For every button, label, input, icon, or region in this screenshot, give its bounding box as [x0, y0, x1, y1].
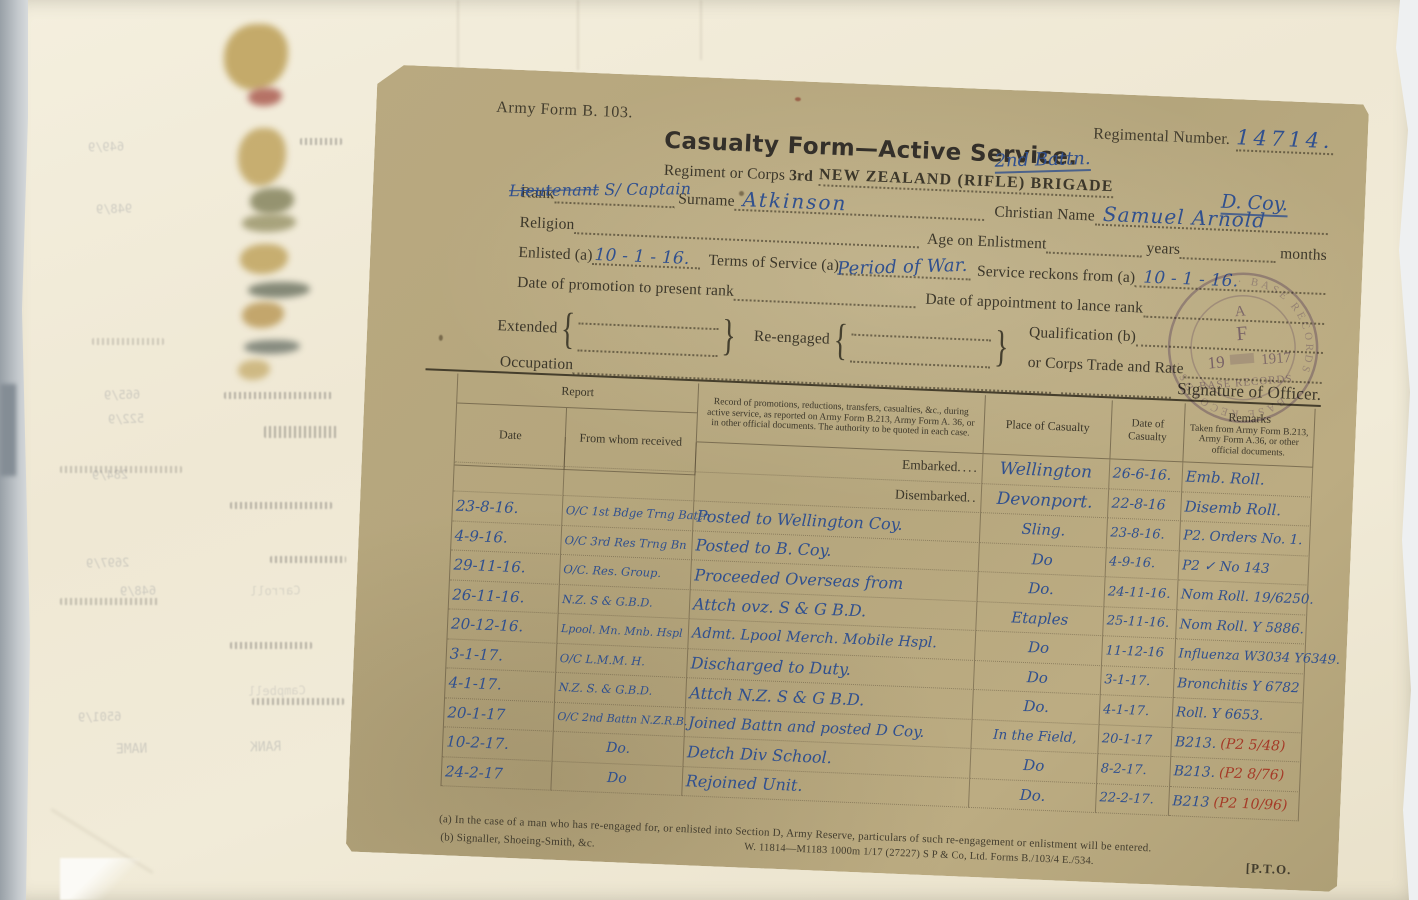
cell-cas-date: 8-2-17.: [1097, 754, 1171, 786]
terms-label: Terms of Service (a): [708, 252, 839, 275]
from-value: Do: [607, 770, 627, 787]
record-value: Proceeded Overseas from: [694, 565, 904, 593]
stain-blob: [224, 24, 288, 90]
cas-date-value: 3-1-17.: [1104, 673, 1151, 690]
reengaged-field-1: [851, 319, 992, 342]
ink-smudge: [270, 556, 346, 563]
stain-blob: [248, 88, 282, 106]
extended-fields: [578, 307, 720, 357]
stain-blob: [242, 214, 296, 232]
remarks-value: B213.: [1175, 734, 1217, 752]
cas-date-value: 22-8-16: [1111, 495, 1166, 513]
age-label: Age on Enlistment: [927, 231, 1047, 254]
place-value: Do: [1027, 668, 1049, 687]
record-value: Detch Div School.: [687, 742, 833, 767]
enlisted-field: 10 - 1 - 16.: [592, 248, 701, 269]
cell-date: 20-1-17: [444, 698, 555, 732]
from-value: O/C 1st Bdge Trng Battn: [566, 503, 711, 523]
cell-date: 26-11-16.: [449, 580, 560, 614]
ink-smudge: [230, 642, 312, 649]
bleedthrough-text: NAME: [116, 742, 148, 758]
remarks-value: Influenza W3034 Y6349.: [1178, 646, 1340, 668]
place-value: Do: [1031, 550, 1053, 569]
date-value: 20-12-16.: [451, 615, 524, 636]
casualty-form: Army Form B. 103. Regimental Number. 147…: [346, 64, 1369, 892]
remarks-value: P2 ✓ No 143: [1182, 557, 1270, 577]
reengaged-label: Re-engaged: [754, 328, 831, 349]
cell-cas-date: 23-8-16.: [1107, 518, 1181, 550]
record-value: Discharged to Duty.: [690, 654, 851, 680]
form-number: Army Form B. 103.: [496, 99, 633, 123]
remarks-red-value: (P2 10/96): [1213, 795, 1288, 814]
record-value: Admt. Lpool Merch. Mobile Hspl.: [692, 626, 938, 652]
rank-value: S/ Captain: [604, 179, 691, 199]
record-value: Posted to B. Coy.: [695, 536, 832, 561]
cell-date: 24-2-17: [441, 757, 552, 791]
place-value: Do: [1028, 638, 1050, 657]
ink-smudge: [264, 426, 338, 438]
religion-field: [574, 217, 919, 248]
remarks-value: B213: [1172, 793, 1210, 811]
extended-field-2: [578, 334, 719, 357]
christian-name-field: Samuel Arnold: [1095, 209, 1329, 236]
religion-label: Religion: [519, 214, 575, 234]
place-value: Etaples: [1011, 608, 1069, 628]
cell-date: [454, 462, 565, 496]
stain-blob: [248, 282, 310, 298]
scanner-edge-shadow: [0, 384, 16, 476]
promotion-field: [734, 284, 916, 308]
cell-cas-date: 26-6-16.: [1109, 459, 1183, 491]
brace-open: {: [560, 309, 575, 349]
cell-remarks: B213(P2 10/96): [1169, 787, 1300, 822]
cell-date: 20-12-16.: [447, 609, 558, 643]
years-field: [1180, 242, 1277, 263]
paper-speck: [795, 97, 801, 101]
date-value: 20-1-17: [447, 703, 506, 723]
rank-value-wrap: Lieutenant S/ Captain: [508, 179, 690, 200]
ink-smudge: [252, 698, 344, 705]
brace-close: }: [994, 327, 1009, 367]
cell-date: 4-1-17.: [445, 668, 556, 702]
from-value: O/C 2nd Battn N.Z.R.B.: [557, 710, 687, 728]
stamp-smudge: [1230, 353, 1255, 365]
stamp-ring-text: · BASE RECORDS · · BASE RECORDS ·: [1166, 270, 1321, 425]
remarks-value: P2. Orders No. 1.: [1183, 528, 1303, 549]
footnote-b: (b) Signaller, Shoeing-Smith, &c.: [440, 831, 595, 849]
service-record-table: Report Record of promotions, reductions,…: [440, 374, 1315, 822]
cell-cas-date: 4-1-17.: [1100, 695, 1174, 727]
remarks-value: Roll. Y 6653.: [1176, 705, 1264, 725]
from-value: O/C. Res. Group.: [563, 562, 661, 580]
stain-blob: [240, 244, 288, 274]
record-value: Attch ovz. S & G B.D.: [693, 595, 867, 621]
cell-cas-date: 11-12-16: [1102, 636, 1176, 668]
stain-blob: [242, 302, 284, 328]
reengaged-field-2: [850, 346, 991, 369]
date-value: 24-2-17: [445, 762, 504, 782]
brace-open: {: [833, 320, 848, 360]
remarks-value: Nom Roll. Y 5886.: [1179, 616, 1304, 637]
disembarked-label: Disembarked: [895, 486, 968, 505]
cas-date-value: 4-1-17.: [1103, 702, 1150, 719]
cell-cas-date: 3-1-17.: [1101, 666, 1175, 698]
stain-blob: [238, 360, 270, 380]
crease: [577, 0, 579, 70]
cell-cas-date: 20-1-17: [1098, 725, 1172, 757]
date-value: 29-11-16.: [453, 556, 526, 577]
crease: [457, 0, 459, 78]
cas-date-value: 4-9-16.: [1109, 555, 1156, 572]
bleedthrough-text: 522/9: [108, 412, 144, 427]
from-value: O/C L.M.M. H.: [560, 651, 646, 668]
extended-label: Extended: [497, 317, 558, 337]
cell-place: Do.: [969, 778, 1097, 813]
embarked-label: Embarked: [902, 457, 958, 475]
remarks-value: B213.: [1173, 763, 1215, 781]
from-value: Lpool. Mn. Mnb. Hspl: [561, 622, 683, 640]
date-value: 3-1-17.: [450, 644, 504, 664]
cas-date-value: 20-1-17: [1102, 732, 1153, 749]
ink-smudge: [230, 502, 332, 509]
cell-date: 4-9-16.: [451, 521, 562, 555]
surname-field: Atkinson: [734, 194, 984, 221]
regiment-prefix: 3rd: [789, 167, 814, 186]
qualification-label: Qualification (b): [1029, 324, 1137, 346]
bleedthrough-text: 648/9: [120, 584, 156, 599]
remarks-red-value: (P2 8/76): [1219, 765, 1285, 784]
record-value: Posted to Wellington Coy.: [696, 506, 903, 533]
remarks-value: Nom Roll. 19/6250.: [1181, 587, 1314, 608]
stamp-org: BASE RECORDS: [1199, 373, 1293, 393]
ink-smudge: [92, 338, 164, 345]
pto-note: [P.T.O.: [1245, 860, 1291, 878]
extended-field-1: [579, 307, 720, 330]
place-value: Do.: [1028, 579, 1054, 598]
promotion-label: Date of promotion to present rank: [517, 274, 735, 301]
brace-close: }: [722, 316, 737, 356]
battalion-note: 2nd Battn.: [994, 148, 1091, 174]
from-value: O/C 3rd Res Trng Bn: [564, 533, 687, 552]
ink-smudge: [300, 138, 342, 145]
ink-smudge: [224, 392, 332, 399]
record-value: Attch N.Z. S & G B.D.: [689, 683, 865, 709]
service-reckons-label: Service reckons from (a): [977, 263, 1136, 287]
cas-date-value: 23-8-16.: [1110, 525, 1165, 542]
remarks-value: Disemb Roll.: [1184, 497, 1281, 519]
date-value: 4-1-17.: [448, 674, 502, 694]
place-value: Devonport.: [996, 488, 1093, 512]
record-value: Rejoined Unit.: [685, 771, 802, 795]
cell-cas-date: 4-9-16.: [1106, 548, 1180, 580]
remarks-value: Bronchitis Y 6782: [1177, 675, 1300, 696]
base-records-stamp: · BASE RECORDS · · BASE RECORDS · A F 19…: [1157, 261, 1329, 433]
stamp-year: 1917: [1261, 350, 1293, 368]
date-value: 4-9-16.: [454, 526, 508, 546]
bleedthrough-text: 948/9: [96, 202, 132, 217]
age-field: [1046, 237, 1143, 258]
regimental-number-value: 14714.: [1236, 125, 1334, 155]
bleedthrough-text: 6501/9: [78, 709, 122, 724]
enlisted-label: Enlisted (a): [518, 244, 593, 265]
stamp-day: 19: [1207, 352, 1225, 372]
stain-blob: [238, 128, 286, 186]
reengaged-fields: [850, 319, 992, 369]
place-value: Sling.: [1021, 520, 1066, 540]
stain-blob: [244, 340, 300, 354]
remarks-value: Emb. Roll.: [1185, 468, 1265, 489]
christian-name-label: Christian Name: [994, 203, 1095, 225]
bleedthrough-text: Carroll: [250, 583, 301, 598]
date-value: 26-11-16.: [452, 585, 525, 606]
cell-date: 23-8-16.: [452, 491, 563, 525]
bleedthrough-text: 649/9: [88, 140, 124, 155]
stain-blob: [250, 188, 294, 214]
cell-date: 29-11-16.: [450, 550, 561, 584]
enlisted-value: 10 - 1 - 16.: [594, 245, 690, 269]
terms-field: Period of War.: [839, 258, 972, 280]
paper-speck: [439, 335, 443, 341]
cell-date: 10-2-17.: [443, 727, 554, 761]
cas-date-value: 11-12-16: [1105, 643, 1164, 660]
cas-date-value: 8-2-17.: [1100, 761, 1147, 778]
terms-value: Period of War.: [837, 255, 968, 280]
stamp-line-f: F: [1236, 322, 1249, 345]
date-value: 10-2-17.: [446, 733, 509, 754]
record-value: Joined Battn and posted D Coy.: [688, 713, 925, 741]
cas-date-value: 22-2-17.: [1099, 790, 1154, 807]
place-value: Do.: [1019, 786, 1045, 805]
bleedthrough-text: 665/9: [104, 388, 140, 403]
cell-cas-date: 22-2-17.: [1096, 784, 1170, 816]
place-value: Do.: [1023, 697, 1049, 716]
bleedthrough-text: 284/9: [92, 468, 128, 483]
place-header: Place of Casualty: [984, 395, 1113, 459]
scanned-document: 649/9 948/9 665/9 522/9 284/9 2697/9 Car…: [0, 0, 1418, 900]
place-value: Do: [1023, 756, 1045, 775]
page-fold: [60, 858, 140, 900]
rank-struck: Lieutenant: [508, 180, 598, 200]
from-value: N.Z. S & G.B.D.: [562, 592, 653, 610]
cell-cas-date: 22-8-16: [1108, 489, 1182, 521]
from-value: Do.: [606, 740, 630, 757]
crease: [700, 0, 702, 60]
ink-smudge: [60, 598, 160, 605]
cell-date: 3-1-17.: [446, 639, 557, 673]
svg-text:· BASE RECORDS · · BASE RECOR: · BASE RECORDS · · BASE RECORDS ·: [1166, 270, 1321, 425]
date-value: 23-8-16.: [456, 497, 519, 518]
stamp-line-a: A: [1234, 303, 1246, 320]
remarks-red-value: (P2 5/48): [1220, 736, 1286, 755]
cell-cas-date: 25-11-16.: [1103, 607, 1177, 639]
rank-field: Lieutenant S/ Captain: [554, 186, 675, 208]
cell-date: [455, 433, 566, 467]
surname-value: Atkinson: [742, 187, 848, 215]
bleedthrough-text: RANK: [250, 740, 282, 756]
place-value: Wellington: [999, 459, 1092, 483]
bleedthrough-text: Campbell: [248, 683, 306, 699]
place-value: In the Field,: [993, 727, 1077, 746]
from-value: N.Z. S. & G.B.D.: [558, 680, 652, 698]
years-label: years: [1146, 240, 1180, 259]
lance-label: Date of appointment to lance rank: [925, 291, 1143, 318]
bleedthrough-text: 2697/9: [86, 555, 130, 570]
cell-from: Do: [551, 761, 683, 796]
cell-cas-date: 24-11-16.: [1104, 577, 1178, 609]
cas-date-value: 24-11-16.: [1108, 584, 1171, 602]
cas-date-value: 26-6-16.: [1112, 466, 1171, 484]
cas-date-value: 25-11-16.: [1106, 614, 1169, 632]
